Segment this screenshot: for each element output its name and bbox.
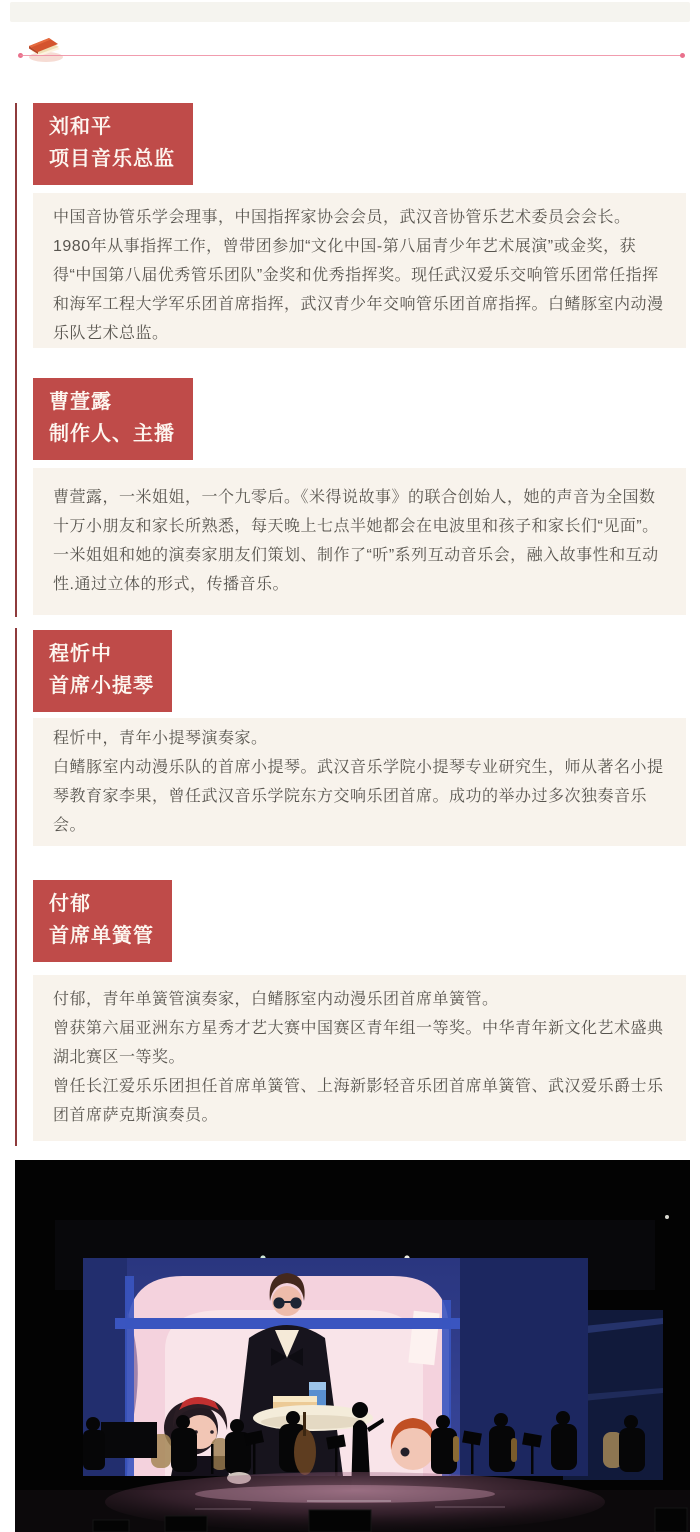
profile-group-2: 程忻中 首席小提琴 程忻中，青年小提琴演奏家。 白鳍豚室内动漫乐队的首席小提琴。… bbox=[15, 628, 686, 1146]
top-strip bbox=[10, 2, 690, 22]
piano-silhouette bbox=[101, 1422, 157, 1458]
profile-name: 刘和平 bbox=[49, 114, 175, 140]
bio-text: 中国音协管乐学会理事，中国指挥家协会会员，武汉音协管乐艺术委员会会长。1980年… bbox=[53, 203, 666, 348]
bio-text: 白鳍豚室内动漫乐队的首席小提琴。武汉音乐学院小提琴专业研究生，师从著名小提琴教育… bbox=[53, 753, 666, 840]
section-divider bbox=[0, 26, 700, 66]
profile-group-1: 刘和平 项目音乐总监 中国音协管乐学会理事，中国指挥家协会会员，武汉音协管乐艺术… bbox=[15, 103, 686, 617]
bio-text: 曹萱露，一米姐姐，一个九零后。《米得说故事》的联合创始人，她的声音为全国数十万小… bbox=[53, 483, 666, 599]
divider-line bbox=[20, 55, 682, 56]
bio-text: 程忻中，青年小提琴演奏家。 bbox=[53, 724, 666, 753]
bio-text: 付郁，青年单簧管演奏家，白鳍豚室内动漫乐团首席单簧管。 bbox=[53, 985, 666, 1014]
article-page: 刘和平 项目音乐总监 中国音协管乐学会理事，中国指挥家协会会员，武汉音协管乐艺术… bbox=[0, 0, 700, 1532]
anime-redhead-character bbox=[391, 1418, 435, 1470]
book-icon bbox=[24, 28, 68, 69]
profile-bio-cao-xuanlu: 曹萱露，一米姐姐，一个九零后。《米得说故事》的联合创始人，她的声音为全国数十万小… bbox=[33, 468, 686, 615]
profile-role: 制作人、主播 bbox=[49, 421, 175, 447]
bio-text: 曾获第六届亚洲东方星秀才艺大赛中国赛区青年组一等奖。中华青年新文化艺术盛典湖北赛… bbox=[53, 1014, 666, 1072]
profile-bio-fu-yu: 付郁，青年单簧管演奏家，白鳍豚室内动漫乐团首席单簧管。 曾获第六届亚洲东方星秀才… bbox=[33, 975, 686, 1141]
profile-title-liu-heping: 刘和平 项目音乐总监 bbox=[33, 103, 193, 185]
profile-bio-liu-heping: 中国音协管乐学会理事，中国指挥家协会会员，武汉音协管乐艺术委员会会长。1980年… bbox=[33, 193, 686, 348]
divider-dot-right bbox=[680, 53, 685, 58]
profile-role: 项目音乐总监 bbox=[49, 146, 175, 172]
profile-name: 程忻中 bbox=[49, 641, 154, 667]
profile-title-cao-xuanlu: 曹萱露 制作人、主播 bbox=[33, 378, 193, 460]
profile-title-fu-yu: 付郁 首席单簧管 bbox=[33, 880, 172, 962]
profile-title-cheng-xinzhong: 程忻中 首席小提琴 bbox=[33, 630, 172, 712]
profile-name: 付郁 bbox=[49, 891, 154, 917]
concert-stage-photo[interactable] bbox=[15, 1160, 690, 1532]
bio-text: 曾任长江爱乐乐团担任首席单簧管、上海新影轻音乐团首席单簧管、武汉爱乐爵士乐团首席… bbox=[53, 1072, 666, 1130]
profile-role: 首席小提琴 bbox=[49, 673, 154, 699]
profile-bio-cheng-xinzhong: 程忻中，青年小提琴演奏家。 白鳍豚室内动漫乐队的首席小提琴。武汉音乐学院小提琴专… bbox=[33, 718, 686, 846]
stage-light bbox=[665, 1215, 669, 1219]
profile-role: 首席单簧管 bbox=[49, 923, 154, 949]
profile-name: 曹萱露 bbox=[49, 389, 175, 415]
saxophone-silhouette bbox=[453, 1436, 459, 1462]
